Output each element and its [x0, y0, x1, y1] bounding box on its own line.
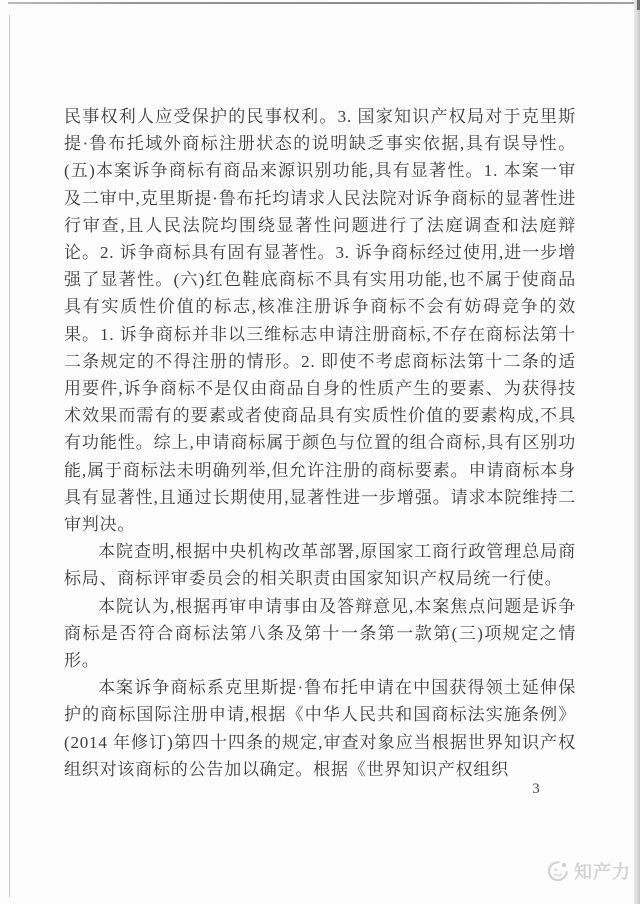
scan-edge-right-strip: [634, 0, 640, 904]
body-paragraph-trademark-application: 本案诉争商标系克里斯提·鲁布托申请在中国获得领土延伸保护的商标国际注册申请,根据…: [64, 674, 576, 783]
zhichanli-logo-icon: [545, 858, 571, 884]
watermark-text: 知产力: [574, 858, 631, 884]
scan-edge-top-line: [8, 2, 640, 4]
scan-edge-left-line: [9, 15, 10, 897]
scanned-document-page: 民事权利人应受保护的民事权利。3. 国家知识产权局对于克里斯提·鲁布托域外商标注…: [0, 0, 640, 904]
body-paragraph-court-finding: 本院查明,根据中央机构改革部署,原国家工商行政管理总局商标局、商标评审委员会的相…: [64, 538, 576, 592]
body-paragraph-court-opinion: 本院认为,根据再审申请事由及答辩意见,本案焦点问题是诉争商标是否符合商标法第八条…: [64, 593, 576, 675]
body-paragraph-continuation: 民事权利人应受保护的民事权利。3. 国家知识产权局对于克里斯提·鲁布托域外商标注…: [64, 103, 576, 538]
watermark: 知产力: [545, 858, 631, 884]
page-number: 3: [524, 781, 548, 798]
judgment-body-text: 民事权利人应受保护的民事权利。3. 国家知识产权局对于克里斯提·鲁布托域外商标注…: [64, 103, 576, 783]
